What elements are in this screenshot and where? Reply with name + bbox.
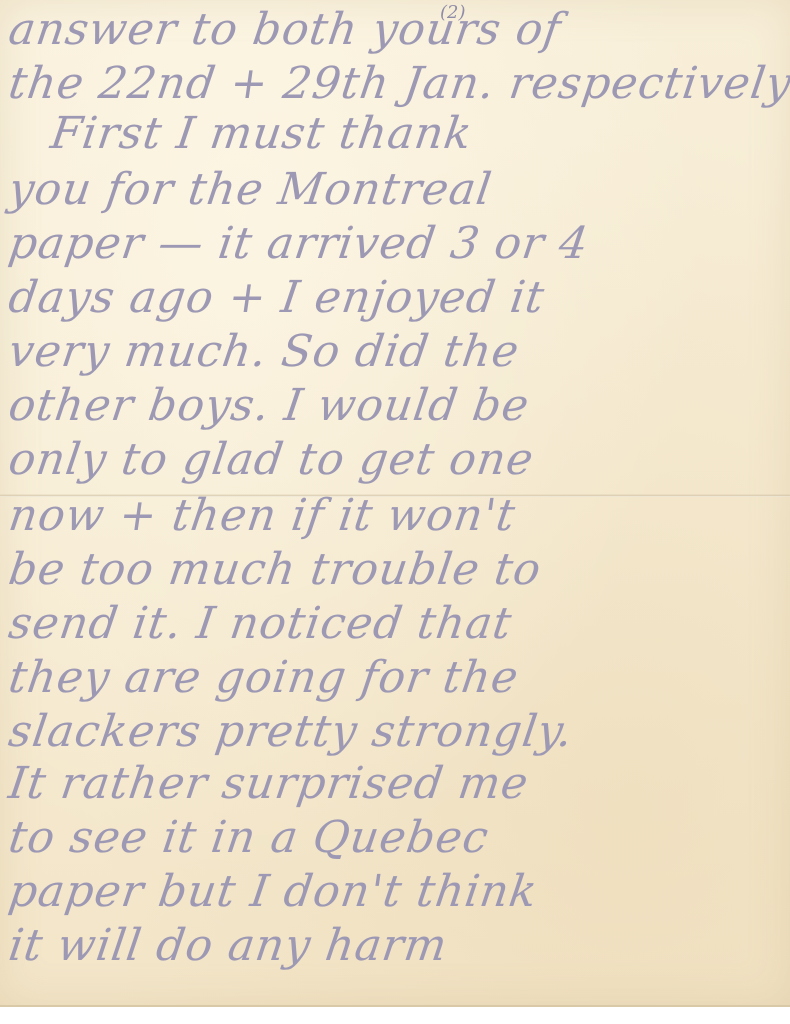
- text-line: other boys. I would be: [6, 384, 790, 428]
- text-line: it will do any harm: [6, 924, 790, 968]
- text-line: very much. So did the: [6, 330, 790, 374]
- text-line: you for the Montreal: [6, 168, 790, 212]
- text-line: It rather surprised me: [6, 762, 790, 806]
- text-line: send it. I noticed that: [6, 602, 790, 646]
- text-line: paper but I don't think: [6, 870, 790, 914]
- text-line: First I must thank: [48, 112, 790, 156]
- text-line: now + then if it won't: [6, 494, 790, 538]
- text-line: they are going for the: [6, 656, 790, 700]
- text-line: slackers pretty strongly.: [6, 710, 790, 754]
- letter-page: (2) answer to both yours of the 22nd + 2…: [0, 0, 790, 1007]
- text-line: the 22nd + 29th Jan. respectively: [6, 62, 790, 106]
- text-line: answer to both yours of: [6, 8, 790, 52]
- text-line: days ago + I enjoyed it: [6, 276, 790, 320]
- text-line: be too much trouble to: [6, 548, 790, 592]
- text-line: paper — it arrived 3 or 4: [6, 222, 790, 266]
- text-line: to see it in a Quebec: [6, 816, 790, 860]
- text-line: only to glad to get one: [6, 438, 790, 482]
